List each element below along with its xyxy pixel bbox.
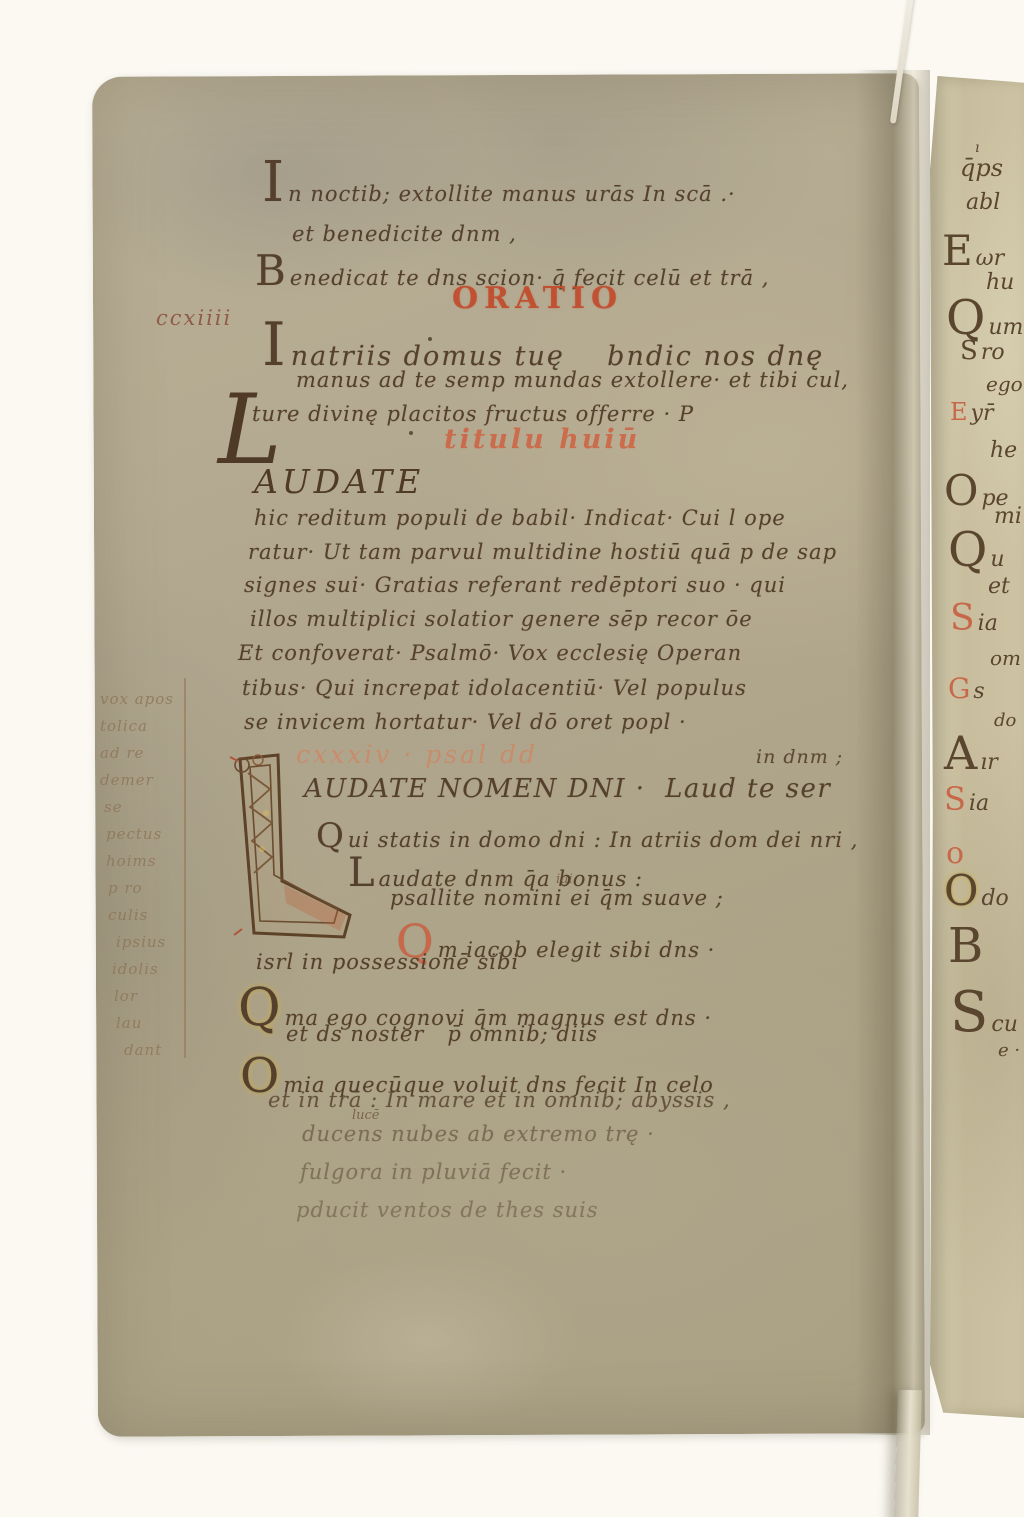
- text-line: se invicem hortatur· Vel dō oret popl ·: [244, 710, 687, 734]
- facing-line-fragment: S ro: [960, 336, 1005, 366]
- fragment-initial: E: [942, 226, 973, 275]
- margin-gloss: ipsius: [116, 933, 166, 951]
- ink-speck: [409, 431, 413, 435]
- facing-line-fragment: B: [948, 918, 986, 974]
- gutter-fold: [856, 70, 930, 1435]
- line-text: fulgora in pluviā fecit ·: [300, 1160, 567, 1184]
- text-line: et ds noster p̄ omnib; diis: [286, 1022, 598, 1046]
- interlinear-gloss: lucē: [352, 1108, 380, 1123]
- facing-line-fragment: Q u: [948, 522, 1005, 578]
- line-text: ratur· Ut tam parvul multidine hostiū qu…: [248, 540, 837, 564]
- line-text: in dnm ;: [756, 746, 843, 768]
- facing-line-fragment: ego: [986, 372, 1023, 396]
- margin-gloss: p ro: [108, 879, 143, 897]
- interlinear-gloss: iui: [556, 872, 573, 887]
- line-text: ture divinę placitos fructus offerre · P: [252, 402, 694, 426]
- psalm-number-margin: ccxiiii: [156, 306, 232, 330]
- line-initial: Q: [316, 816, 345, 856]
- facing-line-fragment: S ia: [944, 780, 989, 818]
- margin-gloss: lor: [114, 987, 138, 1005]
- fragment-text: ia: [978, 611, 998, 636]
- text-line: Et confoverat· Psalmō· Vox ecclesię Oper…: [238, 641, 742, 665]
- line-text: manus ad te semp mundas extollere· et ti…: [296, 368, 849, 392]
- rubric-titulus: titulu huiū: [444, 424, 640, 455]
- fragment-text: ωr: [976, 246, 1004, 271]
- margin-gloss: hoims: [106, 852, 156, 870]
- text-line: tibus· Qui increpat idolacentiū· Vel pop…: [242, 676, 747, 700]
- line-text: AUDATE NOMEN DNI · Laud te ser: [304, 774, 831, 804]
- facing-line-fragment: e ·: [998, 1040, 1020, 1061]
- line-initial: I: [262, 310, 288, 380]
- fragment-text: ro: [981, 340, 1005, 365]
- facing-line-fragment: O do: [944, 866, 1009, 915]
- facing-line-fragment: E ωr: [942, 226, 1004, 275]
- line-text: psallite nomini ei q̄m suave ;: [390, 886, 724, 910]
- fragment-initial: Q: [948, 522, 987, 578]
- text-line: I n noctib; extollite manus urās In scā …: [262, 150, 736, 215]
- margin-gloss: pectus: [106, 825, 162, 843]
- fragment-initial: B: [948, 918, 983, 974]
- text-line: signes sui· Gratias referant redēptori s…: [244, 573, 786, 597]
- fragment-text: e ·: [998, 1040, 1020, 1061]
- facing-line-fragment: A ır: [944, 726, 998, 780]
- text-line: et benedicite dnm ,: [292, 222, 517, 246]
- line-text: et ds noster p̄ omnib; diis: [286, 1022, 598, 1046]
- text-line: ture divinę placitos fructus offerre · P: [252, 402, 694, 426]
- fragment-text: ia: [969, 791, 989, 816]
- fragment-initial: S: [960, 336, 978, 366]
- text-line: fulgora in pluviā fecit ·: [300, 1160, 567, 1184]
- fragment-text: cu: [991, 1012, 1018, 1037]
- line-text: Et confoverat· Psalmō· Vox ecclesię Oper…: [238, 641, 742, 665]
- facing-line-fragment: abl: [966, 190, 1000, 215]
- fragment-text: et: [988, 574, 1010, 599]
- margin-gloss: se: [104, 798, 123, 816]
- margin-gloss: lau: [116, 1014, 142, 1032]
- display-initial-L: L: [218, 390, 282, 472]
- text-line: pducit ventos de thes suis: [296, 1198, 599, 1222]
- margin-gloss: ad re: [100, 744, 144, 762]
- fragment-text: ego: [986, 372, 1023, 396]
- facing-line-fragment: he: [990, 438, 1017, 463]
- margin-gloss: demer: [100, 771, 154, 789]
- facing-line-fragment: G s: [948, 672, 985, 705]
- line-text: et benedicite dnm ,: [292, 222, 517, 246]
- line-initial: I: [262, 150, 285, 215]
- fragment-initial: E: [950, 398, 968, 426]
- facing-line-fragment: et: [988, 574, 1010, 599]
- fragment-text: om: [990, 646, 1021, 670]
- fragment-initial: S: [950, 980, 988, 1045]
- line-text: et in trā : In mare et in omnib; abyssis…: [268, 1088, 731, 1112]
- facing-line-fragment: q̄ps: [960, 154, 1003, 182]
- fragment-text: s: [973, 679, 984, 704]
- fragment-initial: O: [944, 866, 978, 915]
- line-text: ducens nubes ab extremo trę ·: [302, 1122, 655, 1146]
- binding-thread-bottom-icon: [894, 1390, 922, 1517]
- line-text: ui statis in domo dni : In atriis dom de…: [348, 828, 859, 852]
- margin-gloss: culis: [108, 906, 148, 924]
- text-line: in dnm ;: [756, 746, 843, 768]
- fragment-text: he: [990, 438, 1017, 463]
- margin-gloss: vox apos: [100, 690, 174, 708]
- fragment-initial: O: [944, 466, 978, 515]
- margin-gloss: tolica: [100, 717, 148, 735]
- fragment-text: ır: [980, 750, 998, 775]
- fragment-text: abl: [966, 190, 1000, 215]
- line-initial: B: [255, 246, 287, 295]
- fragment-initial: A: [944, 726, 977, 780]
- line-text: hic reditum populi de babil· Indicat· Cu…: [254, 506, 786, 530]
- line-text: se invicem hortatur· Vel dō oret popl ·: [244, 710, 687, 734]
- text-line: manus ad te semp mundas extollere· et ti…: [296, 368, 849, 392]
- text-line: illos multiplici solatior genere sēp rec…: [250, 607, 753, 631]
- fragment-initial: S: [950, 598, 975, 639]
- facing-line-fragment: om: [990, 646, 1021, 670]
- text-line: hic reditum populi de babil· Indicat· Cu…: [254, 506, 786, 530]
- fragment-text: do: [981, 886, 1008, 911]
- line-initial: Q: [238, 978, 282, 1038]
- margin-gloss: idolis: [112, 960, 159, 978]
- fragment-initial: S: [944, 780, 966, 818]
- text-line: ducens nubes ab extremo trę ·: [302, 1122, 655, 1146]
- fragment-initial: G: [948, 672, 970, 705]
- display-word-laudate: AUDATE: [254, 462, 424, 501]
- text-line: isrl in possessionē sibi: [256, 950, 519, 974]
- facing-line-fragment: E yr̄: [950, 398, 993, 426]
- text-line: ratur· Ut tam parvul multidine hostiū qu…: [248, 540, 837, 564]
- facing-line-fragment: S cu: [950, 980, 1018, 1045]
- line-initial: L: [348, 850, 376, 896]
- line-text: tibus· Qui increpat idolacentiū· Vel pop…: [242, 676, 747, 700]
- fragment-text: yr̄: [971, 401, 994, 426]
- line-text: signes sui· Gratias referant redēptori s…: [244, 573, 786, 597]
- fragment-text: u: [990, 547, 1004, 572]
- text-line: AUDATE NOMEN DNI · Laud te ser: [304, 774, 831, 804]
- facing-line-fragment: S ia: [950, 598, 998, 639]
- margin-gloss: dant: [124, 1041, 162, 1059]
- line-text: pducit ventos de thes suis: [296, 1198, 599, 1222]
- text-line: et in trā : In mare et in omnib; abyssis…: [268, 1088, 731, 1112]
- line-text: isrl in possessionē sibi: [256, 950, 519, 974]
- margin-gloss-rule: [184, 678, 186, 1058]
- fragment-text: q̄ps: [960, 154, 1003, 182]
- line-text: illos multiplici solatior genere sēp rec…: [250, 607, 753, 631]
- text-line: psallite nomini ei q̄m suave ;: [390, 886, 724, 910]
- line-text: n noctib; extollite manus urās In scā .·: [288, 182, 736, 206]
- manuscript-scan: I n noctib; extollite manus urās In scā …: [0, 0, 1024, 1517]
